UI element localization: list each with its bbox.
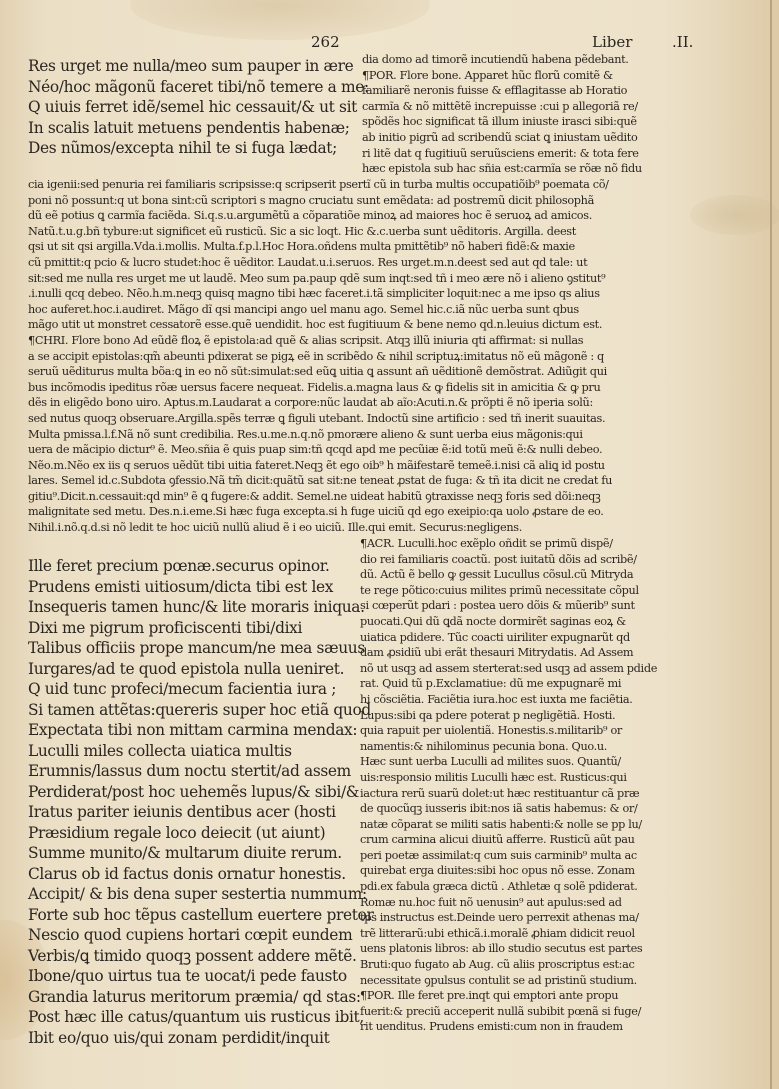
commentary-line: Romæ nu.hoc fuit nõ uenusin⁹ aut apulus:… [360, 895, 657, 911]
commentary-line: hi cõsciẽtia. Faciẽtia iura.hoc est iuxt… [360, 692, 657, 708]
commentary-line: seruũ uẽditurus multa bõa:ꝗ in eo nõ sũt… [28, 364, 612, 380]
commentary-line: peri poetæ assimilat:q cum suis carminib… [360, 848, 657, 864]
commentary-line: Bruti:quo fugato ab Aug. cũ aliis proscr… [360, 957, 657, 973]
commentary-line: hoc auferet.hoc.i.audiret. Mãgo dĩ qsi m… [28, 302, 612, 318]
commentary-line: si cœperũt pdari : postea uero dõis & mũ… [360, 598, 657, 614]
verse-line: Clarus ob id factus donis ornatur honest… [28, 864, 373, 885]
verse-line: Q uiuis ferret idẽ/semel hic cessauit/& … [28, 97, 369, 118]
running-title: Liber [592, 33, 632, 51]
commentary-line: namentis:& nihilominus pecunia bona. Quo… [360, 739, 657, 755]
commentary-line: crum carmina alicui diuitũ afferre. Rust… [360, 832, 657, 848]
top-right-commentary: dia domo ad timorẽ incutiendũ habena pẽd… [362, 52, 642, 177]
book-number: .II. [672, 33, 693, 51]
verse-line: Néo/hoc mãgonũ faceret tibi/nõ temere a … [28, 77, 369, 98]
verse-line: Grandia laturus meritorum præmia/ qd sta… [28, 987, 373, 1008]
verse-line: Præsidium regale loco deiecit (ut aiunt) [28, 823, 373, 844]
commentary-line: sed nutus quoqꝫ obseruare.Argilla.spẽs t… [28, 411, 612, 427]
commentary-line: Natũ.t.u.g.bñ tybure:ut significet eũ ru… [28, 224, 612, 240]
commentary-line: hæc epistola sub hac sñia est:carmĩa se … [362, 161, 642, 177]
commentary-line: Multa pmissa.l.f.Nã nõ sunt credibilia. … [28, 427, 612, 443]
commentary-line: uis:responsio militis Luculli hæc est. R… [360, 770, 657, 786]
commentary-line: uera de mãcipio dictur⁹ ẽ. Meo.sñia ẽ qu… [28, 442, 612, 458]
commentary-line: uens platonis libros: ab illo studio sec… [360, 941, 657, 957]
verse-line: Post hæc ille catus/quantum uis rusticus… [28, 1007, 373, 1028]
commentary-line: tps instructus est.Deinde uero perrexit … [360, 910, 657, 926]
commentary-line: gitiu⁹.Dicit.n.cessauit:qd min⁹ ẽ ꝗ fuge… [28, 489, 612, 505]
commentary-line: rit uenditus. Prudens emisti:cum non in … [360, 1019, 657, 1035]
verse-line: Insequeris tamen hunc/& lite moraris ini… [28, 597, 373, 618]
verse-line: Iurgares/ad te quod epistola nulla uenir… [28, 659, 373, 680]
commentary-line: Nihil.i.nõ.q.d.si nõ ledit te hoc uiciũ … [28, 520, 612, 536]
commentary-line: malignitate sed metu. Des.n.i.eme.Si hæc… [28, 504, 612, 520]
verse-line: Verbis/ꝗ timido quoqꝫ possent addere mẽt… [28, 946, 373, 967]
commentary-line: poni nõ possunt:q ut bona sint:cũ script… [28, 193, 612, 209]
commentary-line: Hæc sunt uerba Luculli ad milites suos. … [360, 754, 657, 770]
commentary-line: sit:sed me nulla res urget me ut laudẽ. … [28, 271, 612, 287]
verse-line: Q uid tunc profeci/mecum facientia iura … [28, 679, 373, 700]
verse-line: Des nũmos/excepta nihil te si fuga lædat… [28, 138, 369, 159]
commentary-line: cia igenii:sed penuria rei familiaris sc… [28, 177, 612, 193]
commentary-line: dẽs in eligẽdo bono uiro. Aptus.m.Laudar… [28, 395, 612, 411]
lower-right-commentary: ¶ACR. Luculli.hoc exẽplo oñdit se primũ … [360, 536, 657, 1035]
commentary-line: ab initio pigrũ ad scribendũ sciat ꝗ ini… [362, 130, 642, 146]
commentary-line: trẽ litterarũ:ubi ethicã.i.moralẽ ꝓhiam … [360, 926, 657, 942]
verse-line: Ibone/quo uirtus tua te uocat/i pede fau… [28, 966, 373, 987]
verse-line: Summe munito/& multarum diuite rerum. [28, 843, 373, 864]
commentary-line: familiarẽ neronis fuisse & efflagitasse … [362, 83, 642, 99]
verse-line: Luculli miles collecta uiatica multis [28, 741, 373, 762]
verse-line: Erumnis/lassus dum noctu stertit/ad asse… [28, 761, 373, 782]
verse-line: Ille feret precium pœnæ.securus opinor. [28, 556, 373, 577]
commentary-line: uiatica pdidere. Tũc coacti uiriliter ex… [360, 630, 657, 646]
commentary-line: ¶POR. Flore bone. Apparet hũc florũ comi… [362, 68, 642, 84]
commentary-line: rat. Quid tũ p.Exclamatiue: dũ me expugn… [360, 676, 657, 692]
verse-line: Talibus officiis prope mancum/ne mea sæu… [28, 638, 373, 659]
commentary-line: lares. Semel id.c.Subdota ꝯfessio.Nã tm̃… [28, 473, 612, 489]
commentary-line: carmĩa & nõ mittẽtẽ increpuisse :cui p a… [362, 99, 642, 115]
commentary-line: Nẽo.m.Nẽo ex iis q seruos uẽdũt tibi uit… [28, 458, 612, 474]
water-stain [130, 0, 430, 40]
commentary-line: ri litẽ dat q fugitiuũ seruũsciens emeri… [362, 146, 642, 162]
commentary-line: necessitate ꝯpulsus contulit se ad prist… [360, 973, 657, 989]
verse-line: Forte sub hoc tẽpus castellum euertere p… [28, 905, 373, 926]
lower-verse-block: Ille feret precium pœnæ.securus opinor. … [28, 556, 373, 1048]
commentary-line: dam ꝓsidiũ ubi erãt thesauri Mitrydatis.… [360, 645, 657, 661]
commentary-line: puocati.Qui dũ ꝗdã nocte dormirẽt sagina… [360, 614, 657, 630]
verse-line: Si tamen attẽtas:quereris super hoc etiã… [28, 700, 373, 721]
verse-line: Expectata tibi non mittam carmina mendax… [28, 720, 373, 741]
commentary-line: pdi.ex fabula græca dictũ . Athletæ q so… [360, 879, 657, 895]
commentary-line: qsi ut sit qsi argilla.Vda.i.mollis. Mul… [28, 239, 612, 255]
commentary-line: spõdẽs hoc significat tã illum iniuste i… [362, 114, 642, 130]
commentary-line: te rege põtico:cuius milites primũ neces… [360, 583, 657, 599]
verse-line: In scalis latuit metuens pendentis haben… [28, 118, 369, 139]
water-stain [690, 195, 779, 235]
commentary-line: .i.nulli qcq debeo. Nẽo.h.m.neqꝫ quisq m… [28, 286, 612, 302]
commentary-line: dia domo ad timorẽ incutiendũ habena pẽd… [362, 52, 642, 68]
commentary-line: de quocũqꝫ iusseris ibit:nos iã satis ha… [360, 801, 657, 817]
page-edge [770, 0, 772, 1089]
commentary-line: quirebat erga diuites:sibi hoc opus nõ e… [360, 863, 657, 879]
top-verse-block: Res urget me nulla/meo sum pauper in ære… [28, 56, 369, 159]
verse-line: Accipit/ & bis dena super sestertia numm… [28, 884, 373, 905]
verse-line: Perdiderat/post hoc uehemẽs lupus/& sibi… [28, 782, 373, 803]
commentary-line: ¶POR. Ille feret pre.inqt qui emptori an… [360, 988, 657, 1004]
commentary-line: bus incõmodis ipeditus rõæ uersus facere… [28, 380, 612, 396]
commentary-line: Lupus:sibi qa pdere poterat p negligẽtiã… [360, 708, 657, 724]
commentary-line: ¶CHRI. Flore bono Ad eũdẽ floꝝ ẽ epistol… [28, 333, 612, 349]
verse-line: Ibit eo/quo uis/qui zonam perdidit/inqui… [28, 1028, 373, 1049]
commentary-line: fuerit:& preciũ acceperit nullã subibit … [360, 1004, 657, 1020]
verse-line: Dixi me pigrum proficiscenti tibi/dixi [28, 618, 373, 639]
commentary-line: dio rei familiaris coactũ. post iuitatũ … [360, 552, 657, 568]
commentary-line: nõ ut usqꝫ ad assem sterterat:sed usqꝫ a… [360, 661, 657, 677]
commentary-line: cũ pmittit:q pcio & lucro studet:hoc ẽ u… [28, 255, 612, 271]
commentary-line: natæ cõparat se militi satis habenti:& n… [360, 817, 657, 833]
commentary-line: quia rapuit per uiolentiã. Honestis.s.mi… [360, 723, 657, 739]
book-page: 262 Liber .II. Res urget me nulla/meo su… [0, 0, 779, 1089]
verse-line: Prudens emisti uitiosum/dicta tibi est l… [28, 577, 373, 598]
commentary-line: a se accipit epistolas:qm̃ abeunti pdixe… [28, 349, 612, 365]
verse-line: Res urget me nulla/meo sum pauper in ære [28, 56, 369, 77]
commentary-line: mãgo utit ut monstret cessatorẽ esse.quẽ… [28, 317, 612, 333]
commentary-line: dũ. Actũ ẽ bello ꝙ gessit Lucullus cõsul… [360, 567, 657, 583]
verse-line: Nescio quod cupiens hortari cœpit eundem [28, 925, 373, 946]
full-width-commentary: cia igenii:sed penuria rei familiaris sc… [28, 177, 612, 536]
commentary-line: dũ eẽ potius ꝗ carmĩa faciẽda. Si.q.s.u.… [28, 208, 612, 224]
verse-line: Iratus pariter ieiunis dentibus acer (ho… [28, 802, 373, 823]
commentary-line: iactura rerũ suarũ dolet:ut hæc restitua… [360, 786, 657, 802]
page-number: 262 [311, 33, 340, 51]
commentary-line: ¶ACR. Luculli.hoc exẽplo oñdit se primũ … [360, 536, 657, 552]
